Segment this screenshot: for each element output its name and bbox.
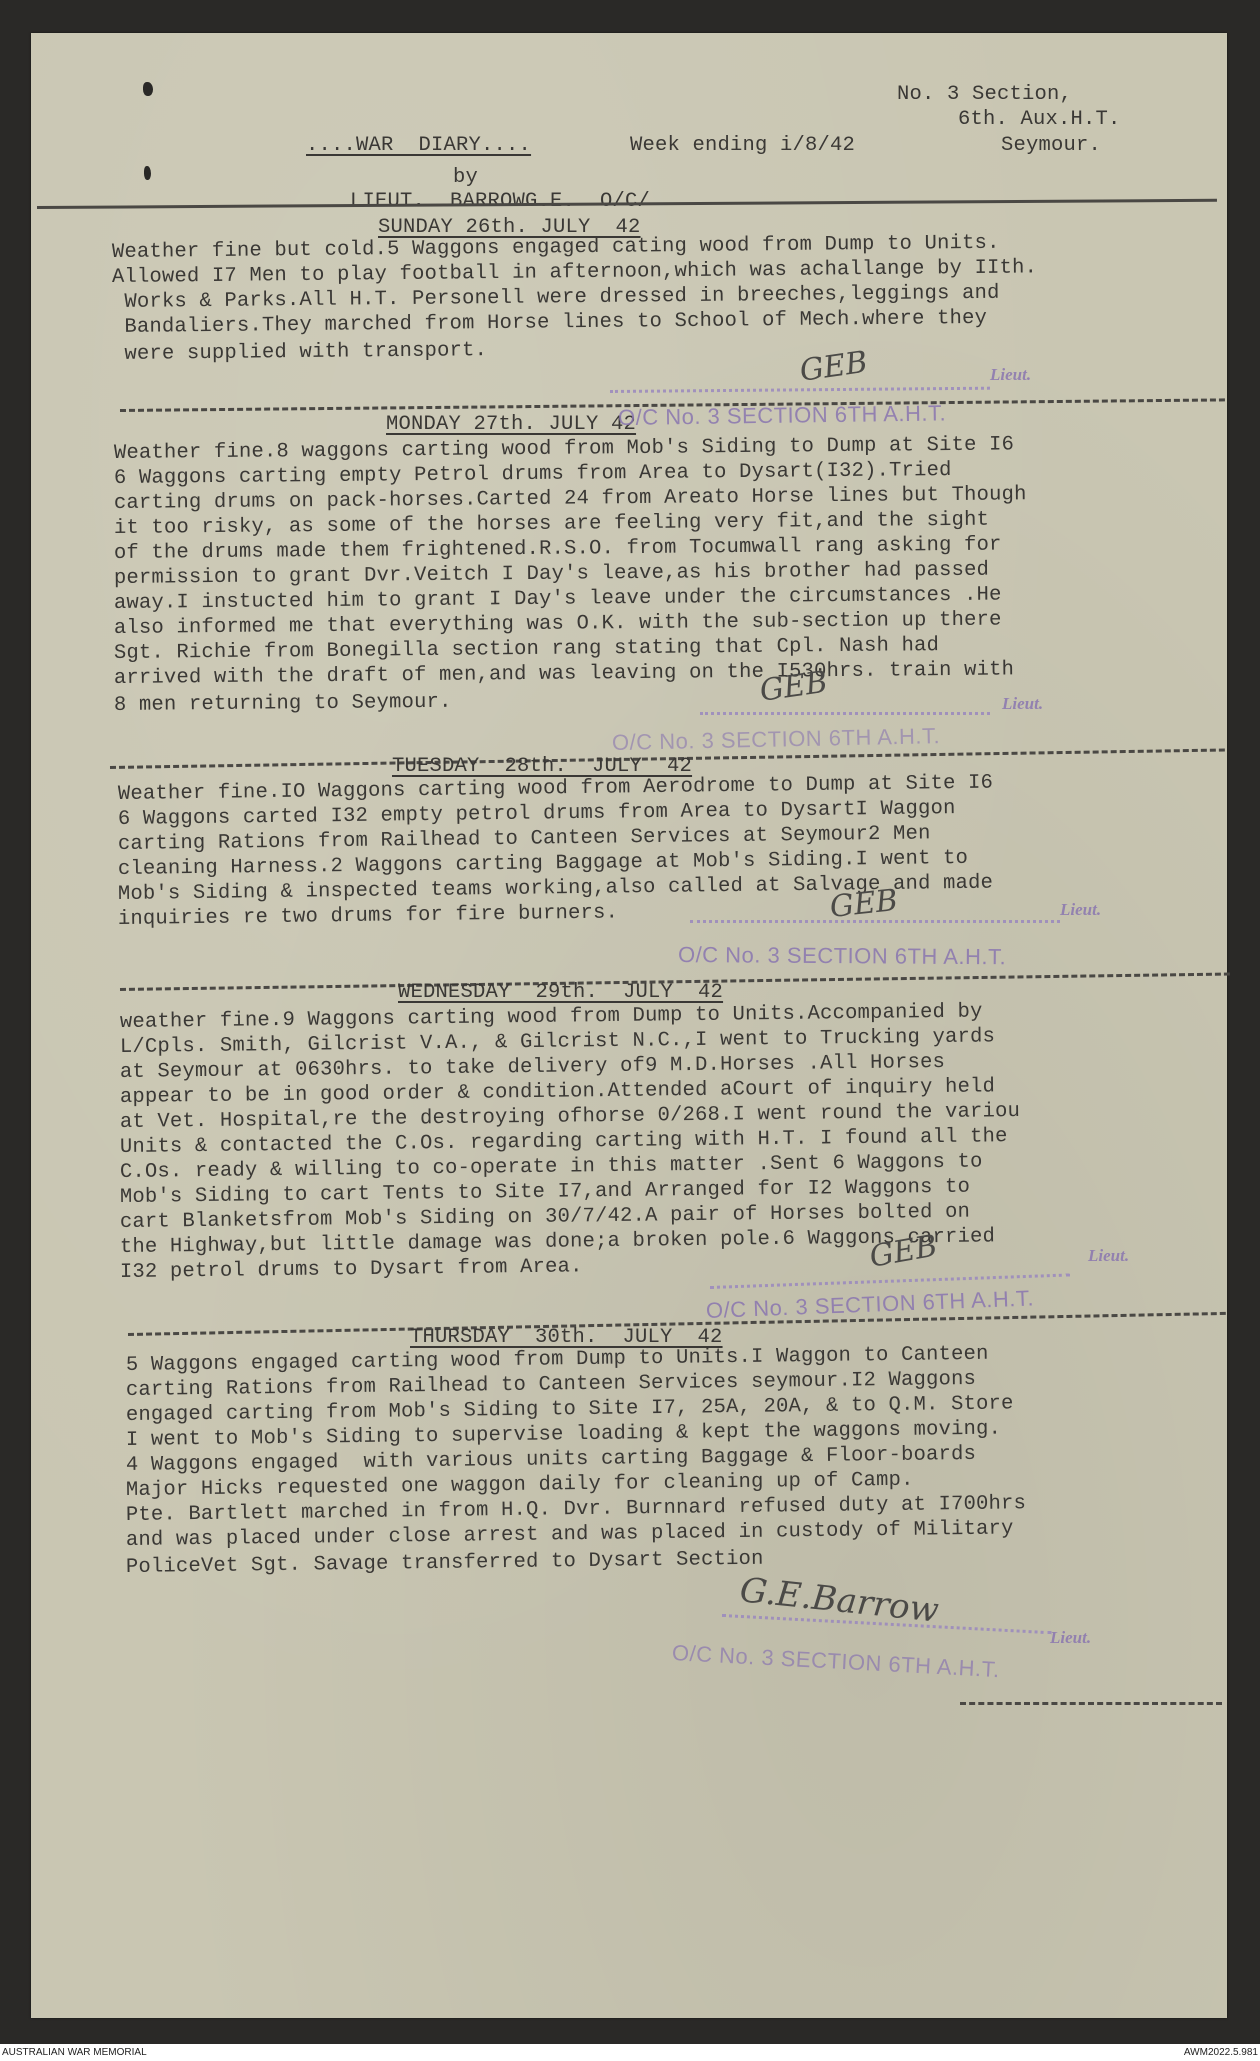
header-unit-line-1: No. 3 Section, bbox=[897, 83, 1072, 107]
entry-heading-monday: MONDAY 27th. JULY 42 bbox=[386, 413, 636, 437]
header-unit-line-3: Seymour. bbox=[1001, 134, 1101, 158]
punch-hole bbox=[143, 82, 153, 96]
header-unit-line-2: 6th. Aux.H.T. bbox=[958, 108, 1121, 132]
signature-line bbox=[700, 712, 990, 715]
document-title: ....WAR DIARY.... bbox=[306, 134, 531, 158]
footer-institution: AUSTRALIAN WAR MEMORIAL bbox=[2, 2047, 147, 2058]
footer-bar bbox=[0, 2044, 1260, 2061]
week-ending: Week ending i/8/42 bbox=[630, 134, 855, 158]
lieut-label: Lieut. bbox=[1088, 1246, 1129, 1266]
lieut-label: Lieut. bbox=[1002, 694, 1043, 714]
footer-accession-number: AWM2022.5.981 bbox=[1184, 2047, 1258, 2058]
entry-line: 8 men returning to Seymour. bbox=[114, 691, 452, 718]
punch-hole bbox=[144, 166, 151, 180]
entry-heading-wednesday: WEDNESDAY 29th. JULY 42 bbox=[398, 981, 723, 1005]
signature-initials: GEB bbox=[828, 883, 899, 925]
by-label: by bbox=[453, 166, 478, 190]
lieut-label: Lieut. bbox=[1060, 900, 1101, 920]
signature-line bbox=[690, 920, 1060, 923]
oc-stamp: O/C No. 3 SECTION 6TH A.H.T. bbox=[678, 942, 1006, 970]
bottom-separator bbox=[960, 1702, 1222, 1705]
lieut-label: Lieut. bbox=[990, 365, 1031, 385]
lieut-label: Lieut. bbox=[1050, 1628, 1091, 1648]
entry-line: were supplied with transport. bbox=[112, 339, 487, 367]
oc-stamp: O/C No. 3 SECTION 6TH A.H.T. bbox=[618, 400, 947, 431]
